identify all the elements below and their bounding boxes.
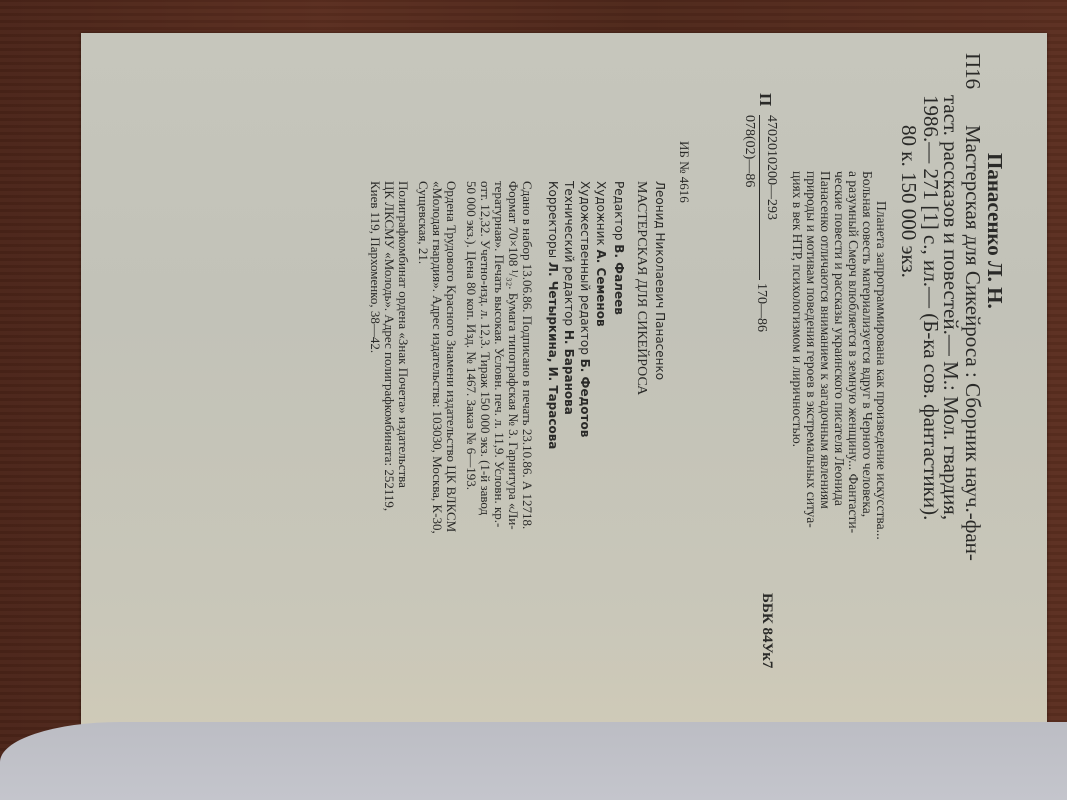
index-letter: П — [755, 93, 775, 106]
publisher-line-1: Ордена Трудового Красного Знамени издате… — [443, 181, 459, 532]
rotated-page-content: П16 Панасенко Л. Н. Мастерская для Сикей… — [81, 33, 1047, 725]
book-cover-edge — [0, 722, 1067, 800]
annotation-line-2: Больная совесть материализуется вдруг в … — [859, 171, 875, 517]
annotation-line-1: Планета запрограммирована как произведен… — [873, 201, 889, 540]
credit-art-editor: Художественный редактор Б. Федотов — [578, 181, 592, 437]
imprint-line-5: 50 000 экз.). Цена 80 коп. Изд. № 1467. … — [463, 181, 479, 490]
catalog-author: Панасенко Л. Н. — [982, 153, 1007, 309]
bib-line-4: 80 к. 150 000 экз. — [896, 125, 921, 278]
annotation-line-7: циях в век НТР, психологизмом и лиричнос… — [789, 171, 805, 447]
imprint-line-3: тературная». Печать высокая. Условн. печ… — [491, 181, 507, 527]
bib-line-1: Мастерская для Сикейроса : Сборник науч.… — [960, 125, 985, 561]
annotation-line-5: Панасенко отличаются вниманием к загадоч… — [817, 171, 833, 509]
imprint-line-2: Формат 70×108 ¹/₃₂. Бумага типографская … — [505, 181, 521, 530]
ib-number: ИБ № 4616 — [676, 141, 692, 203]
credit-editor: Редактор В. Фалеев — [612, 181, 626, 315]
index-denominator: 078(02)—86 — [741, 115, 757, 187]
publisher-line-3: Сущевская, 21. — [415, 181, 431, 264]
bbk-code: ББК 84Ук7 — [758, 593, 775, 668]
imprint-line-1: Сдано в набор 13.06.86. Подписано в печа… — [519, 181, 535, 529]
catalog-code: П16 — [960, 53, 985, 89]
credit-artist: Художник А. Семенов — [594, 181, 608, 327]
imprint-line-4: отт. 12,32. Учетно-изд. л. 12,3. Тираж 1… — [477, 181, 493, 515]
annotation-line-4: ческие повести и рассказы украинского пи… — [831, 171, 847, 506]
credit-tech-editor: Технический редактор Н. Баранова — [562, 181, 576, 415]
bib-line-3: 1986.— 271 [1] с., ил.— (Б-ка сов. фанта… — [918, 95, 943, 520]
index-suffix: 170—86 — [753, 283, 769, 332]
printer-line-1: Полиграфкомбинат ордена «Знак Почета» из… — [395, 181, 411, 488]
printer-line-3: Киев 119, Пархоменко, 38—42. — [367, 181, 383, 353]
index-numerator: 4702010200—293 — [763, 115, 779, 220]
author-full-name: Леонид Николаевич Панасенко — [653, 181, 667, 380]
annotation-line-6: природы и мотивам поведения героев в экс… — [803, 171, 819, 528]
publisher-line-2: «Молодая гвардия». Адрес издательства: 1… — [429, 181, 445, 534]
annotation-line-3: а разумный Смерч влюбляется в земную жен… — [845, 171, 861, 533]
credit-proofreaders: Корректоры Л. Четыркина, И. Тарасова — [546, 181, 560, 449]
printer-line-2: ЦК ЛКСМУ «Молодь». Адрес полиграфкомбина… — [381, 181, 397, 511]
index-fraction-bar — [759, 115, 760, 280]
book-title-caps: МАСТЕРСКАЯ ДЛЯ СИКЕЙРОСА — [633, 181, 649, 395]
